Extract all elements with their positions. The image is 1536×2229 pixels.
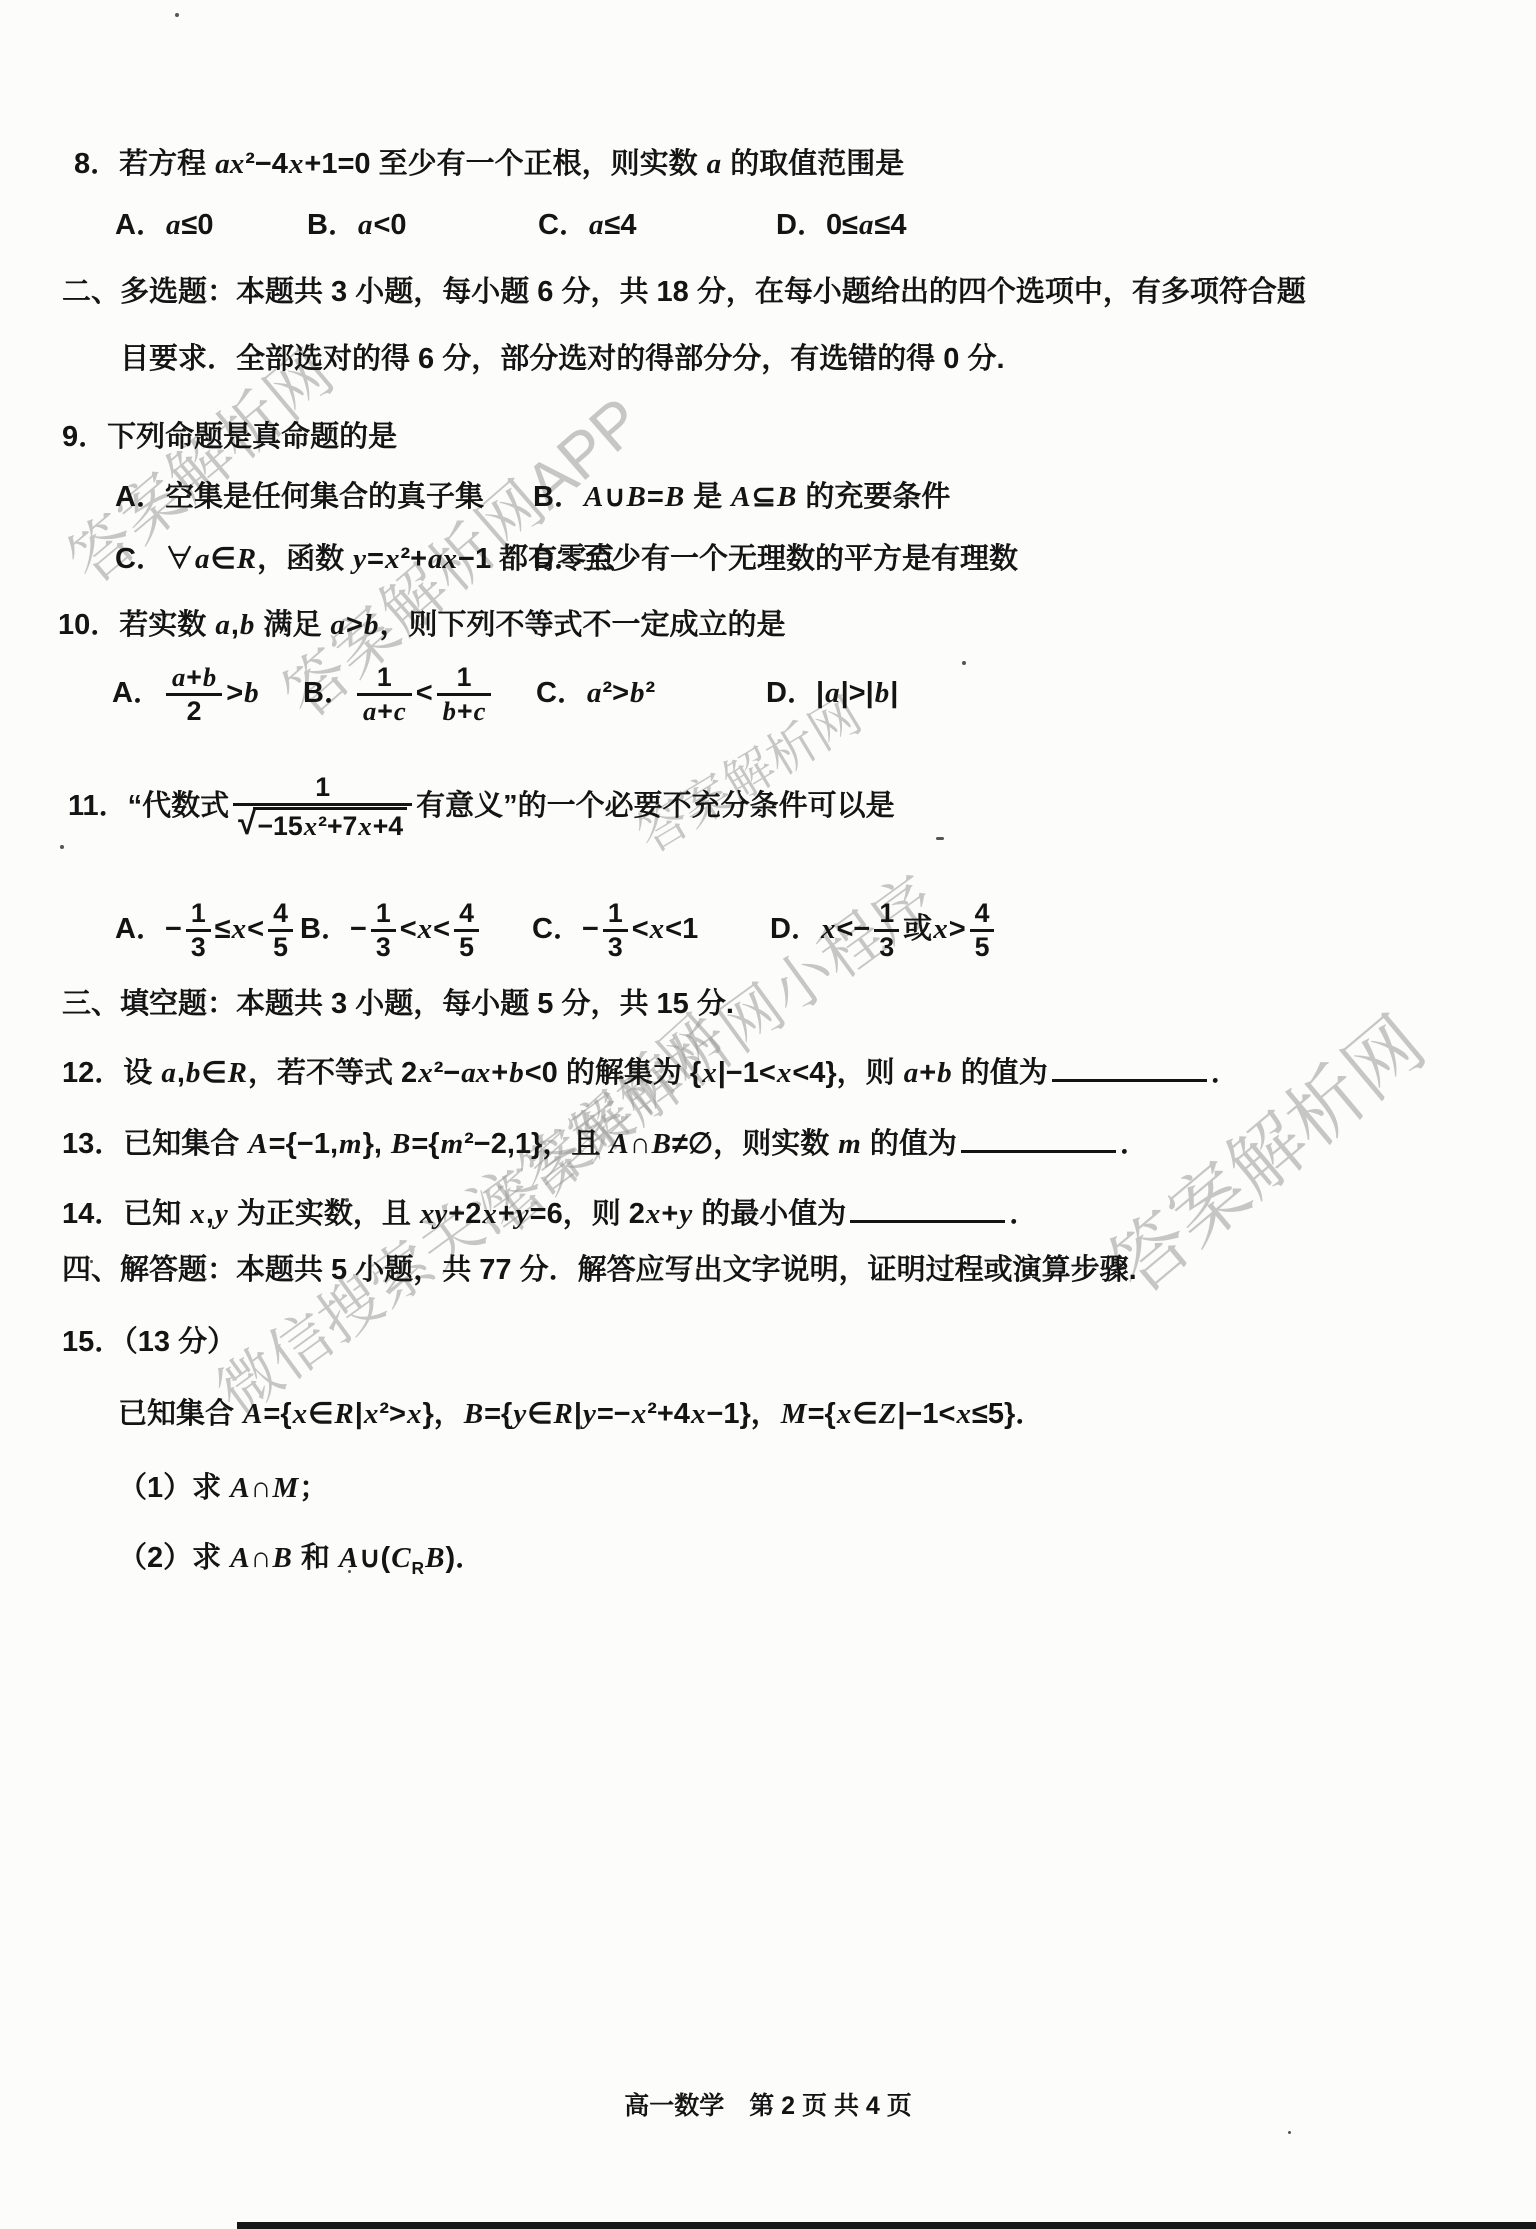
- scan-speck: [348, 1570, 351, 1573]
- scan-speck: [60, 845, 64, 849]
- section-fill-in-header: 三、填空题：本题共 3 小题，每小题 5 分，共 15 分.: [62, 986, 734, 1024]
- scan-edge-artifact: [237, 2222, 1536, 2229]
- question-12-stem: 12．设 a,b∈R，若不等式 2x²−ax+b<0 的解集为 {x|−1<x<…: [62, 1050, 1240, 1093]
- question-9-option-a: A．空集是任何集合的真子集: [115, 479, 484, 517]
- question-15-number: 15．（13 分）: [62, 1324, 236, 1362]
- scan-speck: [175, 13, 179, 17]
- question-13-stem: 13．已知集合 A={−1,m}, B={m²−2,1}，且 A∩B≠∅，则实数…: [62, 1121, 1149, 1164]
- question-9-option-d: D．至少有一个无理数的平方是有理数: [533, 541, 1018, 579]
- scan-speck: [962, 661, 966, 665]
- question-8-option-a: A．a≤0: [115, 207, 214, 245]
- section-solution-header: 四、解答题：本题共 5 小题，共 77 分．解答应写出文字说明，证明过程或演算步…: [62, 1252, 1137, 1290]
- question-8-stem: 8．若方程 ax²−4x+1=0 至少有一个正根，则实数 a 的取值范围是: [74, 146, 904, 184]
- question-10-option-c: C．a²>b²: [536, 652, 655, 736]
- scan-speck: [936, 837, 944, 840]
- scan-speck: [345, 1198, 349, 1202]
- question-9-option-b: B．A∪B=B 是 A⊆B 的充要条件: [533, 479, 950, 517]
- section-multiple-choice-header-line1: 二、多选题：本题共 3 小题，每小题 6 分，共 18 分，在每小题给出的四个选…: [62, 274, 1306, 312]
- question-10-option-b: B．1a+c<1b+c: [303, 652, 495, 736]
- question-11-option-a: A．−13≤x<45: [115, 882, 297, 978]
- question-8-option-b: B．a<0: [307, 207, 407, 245]
- page-footer: 高一数学 第 2 页 共 4 页: [0, 2086, 1536, 2122]
- question-11-option-c: C．−13<x<1: [532, 882, 698, 978]
- question-11-option-b: B．−13<x<45: [300, 882, 483, 978]
- question-10-option-d: D．|a|>|b|: [766, 652, 898, 736]
- scan-speck: [763, 1137, 766, 1140]
- question-10-option-a: A．a+b2>b: [112, 652, 260, 736]
- question-11-option-d: D．x<−13或x>45: [770, 882, 998, 978]
- scan-speck: [1288, 2131, 1291, 2134]
- question-11-stem: 11．“代数式1√−15x²+7x+4有意义”的一个必要不充分条件可以是: [68, 748, 895, 866]
- question-8-option-d: D．0≤a≤4: [776, 207, 907, 245]
- section-multiple-choice-header-line2: 目要求．全部选对的得 6 分，部分选对的得部分分，有选错的得 0 分.: [120, 341, 1005, 379]
- question-14-stem: 14．已知 x,y 为正实数，且 xy+2x+y=6，则 2x+y 的最小值为．: [62, 1191, 1038, 1234]
- question-15-part-1: （1）求 A∩M；: [118, 1470, 328, 1508]
- exam-paper-page: 答案解析网 答案解析网APP 答案解析网 答案解析网 答案解析网 微信搜索关注答…: [0, 0, 1536, 2229]
- question-9-stem: 9．下列命题是真命题的是: [62, 419, 397, 457]
- question-15-part-2: （2）求 A∩B 和 A∪(CRB)．: [118, 1540, 484, 1579]
- question-10-stem: 10．若实数 a,b 满足 a>b，则下列不等式不一定成立的是: [58, 607, 785, 645]
- question-8-option-c: C．a≤4: [538, 207, 637, 245]
- scan-speck: [90, 1260, 93, 1263]
- question-15-given: 已知集合 A={x∈R|x²>x}，B={y∈R|y=−x²+4x−1}，M={…: [118, 1396, 1044, 1434]
